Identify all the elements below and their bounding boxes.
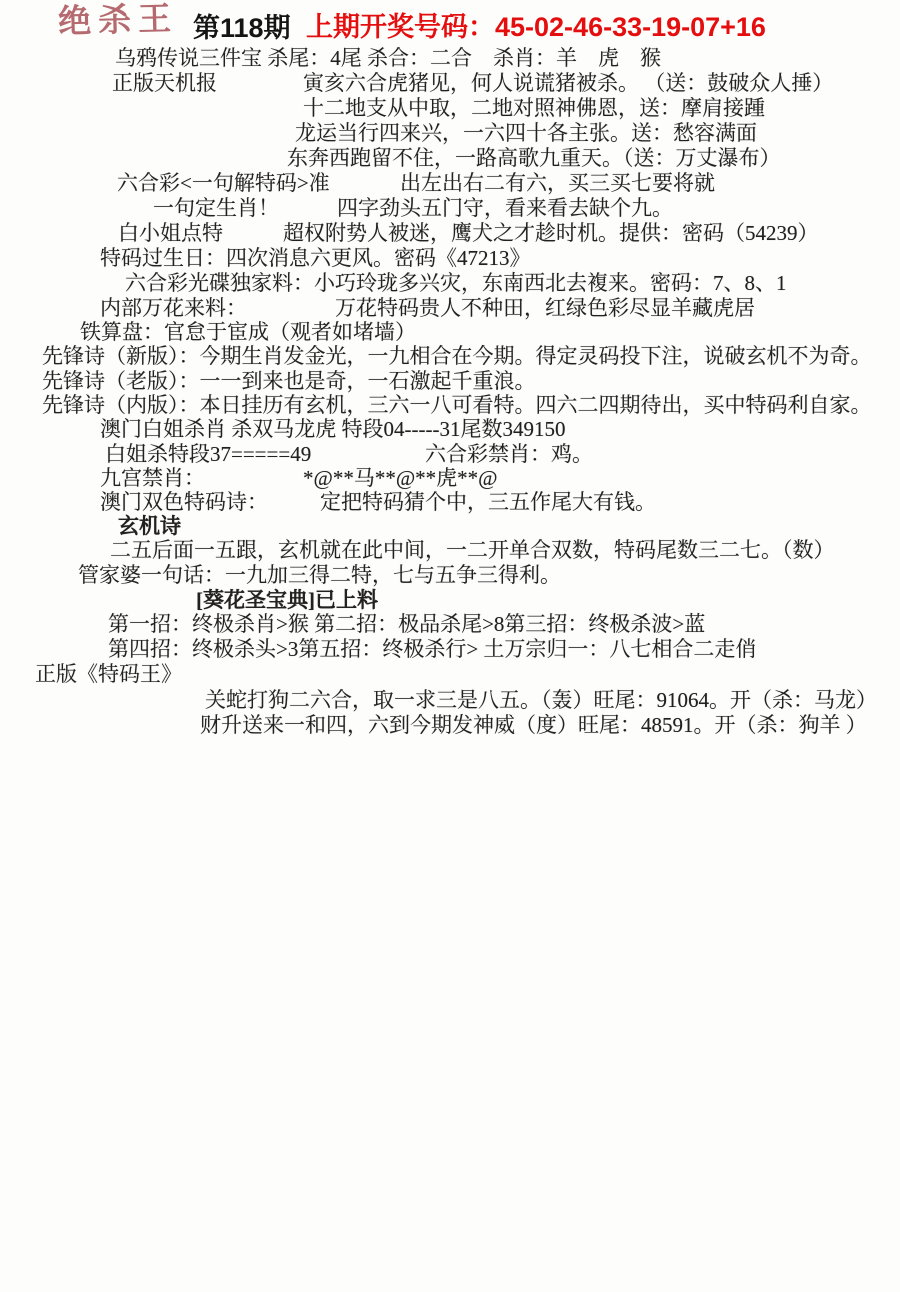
text-line: 澳门双色特码诗：定把特码猜个中，三五作尾大有钱。 xyxy=(0,490,900,515)
text-segment: 正版《特码王》 xyxy=(35,662,182,687)
text-line: 九宫禁肖：*@**马**@**虎**@ xyxy=(0,466,900,491)
text-line: 先锋诗（老版）：一一到来也是奇，一石激起千重浪。 xyxy=(0,369,900,394)
text-line: 六合彩光碟独家料：小巧玲珑多兴灾，东南西北去複来。密码：7、8、1 xyxy=(0,271,900,296)
text-segment: 白小姐点特 xyxy=(118,221,223,246)
text-line: [葵花圣宝典]已上料 xyxy=(0,588,900,613)
text-segment: 先锋诗（新版）：今期生肖发金光，一九相合在今期。得定灵码投下注，说破玄机不为奇。 xyxy=(42,344,872,369)
text-line: 乌鸦传说三件宝 杀尾：4尾 杀合：二合 杀肖：羊 虎 猴 xyxy=(0,46,900,71)
text-segment: 超权附势人被迷，鹰犬之才趁时机。提供：密码（54239） xyxy=(283,221,819,246)
text-line: 十二地支从中取，二地对照神佛恩，送：摩肩接踵 xyxy=(0,96,900,121)
text-line: 玄机诗 xyxy=(0,514,900,539)
page-logo: 绝杀王 xyxy=(57,0,178,43)
text-line: 正版天机报寅亥六合虎猪见，何人说谎猪被杀。 （送：鼓破众人捶） xyxy=(0,71,900,96)
text-segment: 白姐杀特段37=====49 xyxy=(105,442,311,467)
tip-sheet-page: 绝杀王 第118期 上期开奖号码：45-02-46-33-19-07+16 乌鸦… xyxy=(0,0,900,1292)
text-segment: 玄机诗 xyxy=(118,514,181,539)
text-segment: 乌鸦传说三件宝 杀尾：4尾 杀合：二合 杀肖：羊 虎 猴 xyxy=(115,46,661,71)
last-draw-numbers: 上期开奖号码：45-02-46-33-19-07+16 xyxy=(306,5,766,44)
text-segment: 十二地支从中取，二地对照神佛恩，送：摩肩接踵 xyxy=(303,96,765,121)
text-line: 白姐杀特段37=====49六合彩禁肖：鸡。 xyxy=(0,442,900,467)
text-line: 第四招：终极杀头>3第五招：终极杀行> 土万宗归一：八七相合二走俏 xyxy=(0,637,900,662)
text-line: 龙运当行四来兴，一六四十各主张。送：愁容满面 xyxy=(0,121,900,146)
text-segment: 铁算盘：官怠于宦成（观者如堵墙） xyxy=(80,320,416,345)
text-segment: 澳门双色特码诗： xyxy=(100,490,268,515)
text-segment: 财升送来一和四，六到今期发神威（度）旺尾：48591。开（杀：狗羊 ） xyxy=(200,713,867,738)
text-line: 正版《特码王》 xyxy=(0,662,900,687)
text-line: 先锋诗（内版）：本日挂历有玄机，三六一八可看特。四六二四期待出，买中特码利自家。 xyxy=(0,393,900,418)
text-segment: 东奔西跑留不住，一路高歌九重天。（送：万丈瀑布） xyxy=(287,146,781,171)
text-line: 一句定生肖！四字劲头五门守，看来看去缺个九。 xyxy=(0,196,900,221)
text-segment: 先锋诗（内版）：本日挂历有玄机，三六一八可看特。四六二四期待出，买中特码利自家。 xyxy=(42,393,872,418)
text-segment: 第四招：终极杀头>3第五招：终极杀行> 土万宗归一：八七相合二走俏 xyxy=(108,637,756,662)
text-line: 关蛇打狗二六合，取一求三是八五。（轰）旺尾：91064。开（杀：马龙） xyxy=(0,688,900,713)
text-line: 六合彩<一句解特码>准出左出右二有六，买三买七要将就 xyxy=(0,171,900,196)
text-line: 东奔西跑留不住，一路高歌九重天。（送：万丈瀑布） xyxy=(0,146,900,171)
text-line: 二五后面一五跟，玄机就在此中间，一二开单合双数，特码尾数三二七。（数） xyxy=(0,538,900,563)
text-segment: 关蛇打狗二六合，取一求三是八五。（轰）旺尾：91064。开（杀：马龙） xyxy=(205,688,877,713)
text-segment: 六合彩禁肖：鸡。 xyxy=(425,442,593,467)
text-segment: [葵花圣宝典]已上料 xyxy=(196,588,378,613)
text-line: 内部万花来料：万花特码贵人不种田，红绿色彩尽显羊藏虎居 xyxy=(0,296,900,321)
text-segment: 六合彩<一句解特码>准 xyxy=(117,171,330,196)
text-segment: *@**马**@**虎**@ xyxy=(303,466,498,491)
text-line: 先锋诗（新版）：今期生肖发金光，一九相合在今期。得定灵码投下注，说破玄机不为奇。 xyxy=(0,344,900,369)
text-segment: 二五后面一五跟，玄机就在此中间，一二开单合双数，特码尾数三二七。（数） xyxy=(110,538,835,563)
text-segment: 龙运当行四来兴，一六四十各主张。送：愁容满面 xyxy=(295,121,757,146)
text-segment: 万花特码贵人不种田，红绿色彩尽显羊藏虎居 xyxy=(335,296,755,321)
text-segment: 定把特码猜个中，三五作尾大有钱。 xyxy=(320,490,656,515)
text-segment: 管家婆一句话：一九加三得二特，七与五争三得利。 xyxy=(78,563,561,588)
text-segment: 九宫禁肖： xyxy=(100,466,205,491)
text-line: 管家婆一句话：一九加三得二特，七与五争三得利。 xyxy=(0,563,900,588)
text-segment: 特码过生日：四次消息六更风。密码《47213》 xyxy=(100,246,531,271)
issue-number: 第118期 xyxy=(193,6,291,45)
text-line: 第一招：终极杀肖>猴 第二招：极品杀尾>8第三招：终极杀波>蓝 xyxy=(0,612,900,637)
text-segment: 一句定生肖！ xyxy=(153,196,279,221)
text-line: 铁算盘：官怠于宦成（观者如堵墙） xyxy=(0,320,900,345)
text-segment: 出左出右二有六，买三买七要将就 xyxy=(400,171,715,196)
text-line: 特码过生日：四次消息六更风。密码《47213》 xyxy=(0,246,900,271)
text-segment: 正版天机报 xyxy=(112,71,217,96)
text-line: 澳门白姐杀肖 杀双马龙虎 特段04-----31尾数349150 xyxy=(0,417,900,442)
text-line: 财升送来一和四，六到今期发神威（度）旺尾：48591。开（杀：狗羊 ） xyxy=(0,713,900,738)
text-line: 白小姐点特超权附势人被迷，鹰犬之才趁时机。提供：密码（54239） xyxy=(0,221,900,246)
text-segment: 四字劲头五门守，看来看去缺个九。 xyxy=(337,196,673,221)
text-segment: 先锋诗（老版）：一一到来也是奇，一石激起千重浪。 xyxy=(42,369,536,394)
text-segment: 澳门白姐杀肖 杀双马龙虎 特段04-----31尾数349150 xyxy=(100,417,565,442)
text-segment: 第一招：终极杀肖>猴 第二招：极品杀尾>8第三招：终极杀波>蓝 xyxy=(108,612,705,637)
text-segment: 寅亥六合虎猪见，何人说谎猪被杀。 （送：鼓破众人捶） xyxy=(303,71,833,96)
text-segment: 六合彩光碟独家料：小巧玲珑多兴灾，东南西北去複来。密码：7、8、1 xyxy=(125,271,787,296)
text-segment: 内部万花来料： xyxy=(100,296,247,321)
